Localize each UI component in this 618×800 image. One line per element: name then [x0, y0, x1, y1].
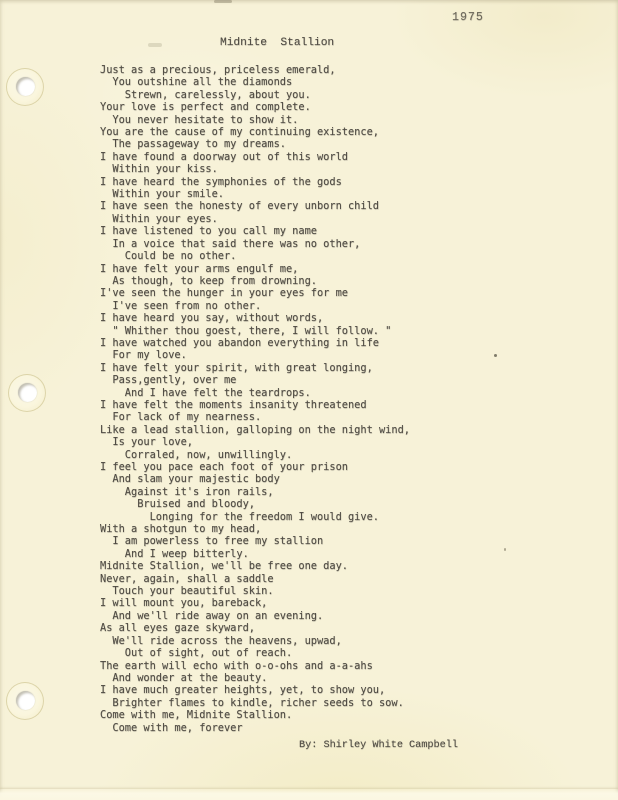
author-byline: By: Shirley White Campbell — [299, 740, 458, 751]
paper-speck — [494, 354, 497, 357]
paper-smudge — [148, 43, 162, 47]
hole-punch-top — [6, 68, 44, 106]
poem-body: Just as a precious, priceless emerald, Y… — [100, 64, 410, 734]
hole-punch-middle — [8, 374, 46, 412]
paper-speck — [504, 548, 506, 551]
poem-title: Midnite Stallion — [220, 37, 334, 49]
paper-smudge — [214, 0, 232, 3]
year-annotation: 1975 — [452, 11, 484, 24]
page-bottom-edge — [0, 789, 618, 800]
scanned-poem-page: 1975 Midnite Stallion Just as a precious… — [0, 0, 618, 800]
hole-punch-bottom — [6, 682, 44, 720]
